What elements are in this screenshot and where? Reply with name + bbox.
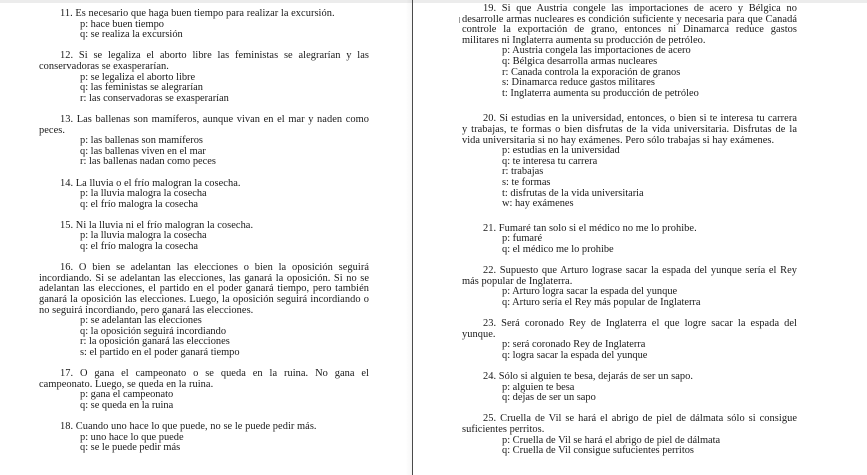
exercise-statement: 11. Es necesario que haga buen tiempo pa…: [39, 9, 369, 20]
left-column: 11. Es necesario que haga buen tiempo pa…: [39, 3, 369, 465]
variable-item: s: el partido en el poder ganará tiempo: [80, 348, 369, 359]
variable-item: q: el frío malogra la cosecha: [80, 200, 369, 211]
variable-item: q: te interesa tu carrera: [502, 157, 797, 168]
variable-list: p: gana el campeonato q: se queda en la …: [39, 390, 369, 411]
exercise-12: 12. Si se legaliza el aborto libre las f…: [39, 51, 369, 104]
variable-list: p: la lluvia malogra la cosecha q: el fr…: [39, 231, 369, 252]
variable-list: p: Cruella de Vil se hará el abrigo de p…: [462, 436, 797, 457]
exercise-statement: 24. Sólo si alguien te besa, dejarás de …: [462, 372, 797, 383]
variable-item: s: te formas: [502, 178, 797, 189]
exercise-20: 20. Si estudias en la universidad, enton…: [462, 114, 797, 209]
variable-item: q: el frío malogra la cosecha: [80, 242, 369, 253]
variable-list: p: Austria congela las importaciones de …: [462, 46, 797, 99]
exercise-25: 25. Cruella de Vil se hará el abrigo de …: [462, 414, 797, 456]
exercise-statement: 12. Si se legaliza el aborto libre las f…: [39, 51, 369, 72]
variable-item: r: las conservadoras se exasperarían: [80, 94, 369, 105]
variable-list: p: uno hace lo que puede q: se le puede …: [39, 433, 369, 454]
scan-mark: [459, 17, 460, 23]
variable-item: q: el médico me lo prohibe: [502, 245, 797, 256]
variable-item: r: las ballenas nadan como peces: [80, 157, 369, 168]
variable-list: p: será coronado Rey de Inglaterra q: lo…: [462, 340, 797, 361]
variable-list: p: se legaliza el aborto libre q: las fe…: [39, 73, 369, 105]
variable-item: q: se queda en la ruina: [80, 401, 369, 412]
exercise-23: 23. Será coronado Rey de Inglaterra el q…: [462, 319, 797, 361]
variable-list: p: Arturo logra sacar la espada del yunq…: [462, 287, 797, 308]
exercise-24: 24. Sólo si alguien te besa, dejarás de …: [462, 372, 797, 404]
right-column: 19. Si que Austria congele las importaci…: [462, 3, 797, 467]
exercise-statement: 25. Cruella de Vil se hará el abrigo de …: [462, 414, 797, 435]
exercise-statement: 13. Las ballenas son mamíferos, aunque v…: [39, 115, 369, 136]
variable-item: q: dejas de ser un sapo: [502, 393, 797, 404]
exercise-16: 16. O bien se adelantan las elecciones o…: [39, 263, 369, 358]
exercise-statement: 19. Si que Austria congele las importaci…: [462, 4, 797, 46]
exercise-11: 11. Es necesario que haga buen tiempo pa…: [39, 9, 369, 41]
variable-item: t: Inglaterra aumenta su producción de p…: [502, 89, 797, 100]
exercise-17: 17. O gana el campeonato o se queda en l…: [39, 369, 369, 411]
variable-item: q: se le puede pedir más: [80, 443, 369, 454]
variable-item: q: Arturo sería el Rey más popular de In…: [502, 298, 797, 309]
variable-list: p: alguien te besa q: dejas de ser un sa…: [462, 383, 797, 404]
exercise-13: 13. Las ballenas son mamíferos, aunque v…: [39, 115, 369, 168]
exercise-statement: 22. Supuesto que Arturo lograse sacar la…: [462, 266, 797, 287]
exercise-19: 19. Si que Austria congele las importaci…: [462, 4, 797, 99]
variable-list: p: fumaré q: el médico me lo prohibe: [462, 234, 797, 255]
exercise-18: 18. Cuando uno hace lo que puede, no se …: [39, 422, 369, 454]
exercise-22: 22. Supuesto que Arturo lograse sacar la…: [462, 266, 797, 308]
exercise-14: 14. La lluvia o el frío malogran la cose…: [39, 179, 369, 211]
variable-list: p: hace buen tiempo q: se realiza la exc…: [39, 20, 369, 41]
exercise-15: 15. Ni la lluvia ni el frío malogran la …: [39, 221, 369, 253]
variable-item: q: Bélgica desarrolla armas nucleares: [502, 57, 797, 68]
variable-item: q: logra sacar la espada del yunque: [502, 351, 797, 362]
variable-list: p: la lluvia malogra la cosecha q: el fr…: [39, 189, 369, 210]
variable-list: p: las ballenas son mamíferos q: las bal…: [39, 136, 369, 168]
variable-list: p: se adelantan las elecciones q: la opo…: [39, 316, 369, 358]
exercise-statement: 17. O gana el campeonato o se queda en l…: [39, 369, 369, 390]
variable-item: w: hay exámenes: [502, 199, 797, 210]
variable-item: q: se realiza la excursión: [80, 30, 369, 41]
exercise-21: 21. Fumaré tan solo si el médico no me l…: [462, 224, 797, 256]
variable-list: p: estudias en la universidad q: te inte…: [462, 146, 797, 210]
exercise-statement: 23. Será coronado Rey de Inglaterra el q…: [462, 319, 797, 340]
exercise-statement: 16. O bien se adelantan las elecciones o…: [39, 263, 369, 316]
exercise-statement: 20. Si estudias en la universidad, enton…: [462, 114, 797, 146]
variable-item: q: Cruella de Vil consigue sufucientes p…: [502, 446, 797, 457]
page-divider: [412, 0, 413, 475]
